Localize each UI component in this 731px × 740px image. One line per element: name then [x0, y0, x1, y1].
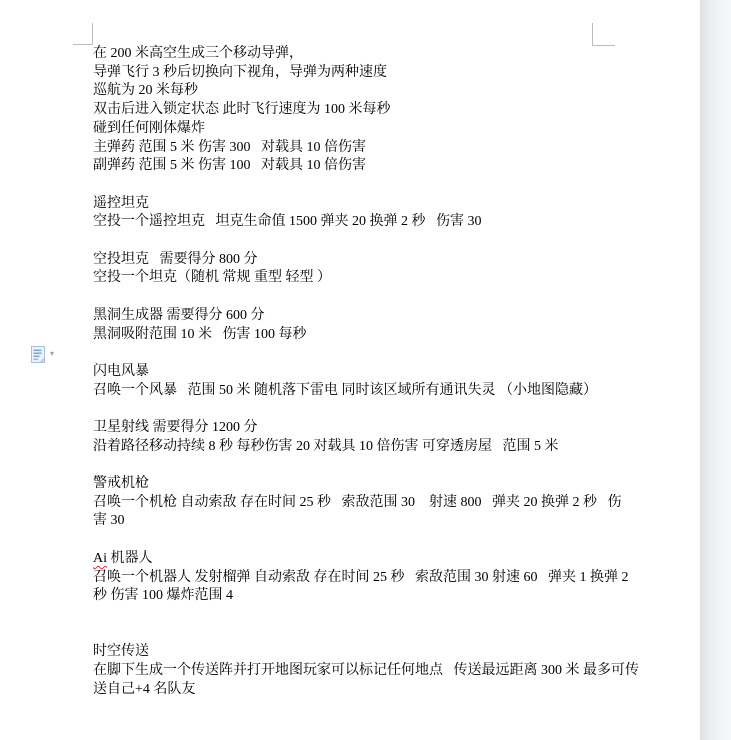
text-line: 召唤一个机枪 自动索敌 存在时间 25 秒 索敌范围 30 射速 800 弹夹 …	[93, 494, 623, 513]
paste-clipboard-icon	[30, 345, 47, 367]
paste-options-button[interactable]: ▾	[30, 344, 66, 368]
text-line	[93, 625, 623, 644]
text-line: 在 200 米高空生成三个移动导弹，	[93, 45, 623, 64]
text-line: 警戒机枪	[93, 475, 623, 494]
text-line: 副弹药 范围 5 米 伤害 100 对载具 10 倍伤害	[93, 157, 623, 176]
text-line: 在脚下生成一个传送阵并打开地图玩家可以标记任何地点 传送最远距离 300 米 最…	[93, 662, 623, 681]
text-line: 黑洞生成器 需要得分 600 分	[93, 307, 623, 326]
text-line: 空投一个坦克（随机 常规 重型 轻型 ）	[93, 269, 623, 288]
text-line: 闪电风暴	[93, 363, 623, 382]
text-line	[93, 531, 623, 550]
text-line: 秒 伤害 100 爆炸范围 4	[93, 587, 623, 606]
text-line: 黑洞吸附范围 10 米 伤害 100 每秒	[93, 326, 623, 345]
text-line	[93, 456, 623, 475]
text-line: 遥控坦克	[93, 195, 623, 214]
text-line: 空投坦克 需要得分 800 分	[93, 251, 623, 270]
text-line: 双击后进入锁定状态 此时飞行速度为 100 米每秒	[93, 101, 623, 120]
text-line: 召唤一个风暴 范围 50 米 随机落下雷电 同时该区域所有通讯失灵 （小地图隐藏…	[93, 382, 623, 401]
text-line: 巡航为 20 米每秒	[93, 82, 623, 101]
text-line: 主弹药 范围 5 米 伤害 300 对载具 10 倍伤害	[93, 139, 623, 158]
text-line: 碰到任何刚体爆炸	[93, 120, 623, 139]
text-line: 召唤一个机器人 发射榴弹 自动索敌 存在时间 25 秒 索敌范围 30 射速 6…	[93, 569, 623, 588]
text-line	[93, 176, 623, 195]
text-line: 时空传送	[93, 643, 623, 662]
text-line: 送自己+4 名队友	[93, 681, 623, 700]
text-line: Ai 机器人	[93, 550, 623, 569]
text-line: 沿着路径移动持续 8 秒 每秒伤害 20 对载具 10 倍伤害 可穿透房屋 范围…	[93, 438, 623, 457]
text-boundary-corner-top-right	[592, 23, 615, 46]
text-boundary-corner-top-left	[73, 23, 93, 45]
chevron-down-icon: ▾	[50, 350, 54, 358]
text-line	[93, 606, 623, 625]
text-line: 害 30	[93, 512, 623, 531]
text-line: 导弹飞行 3 秒后切换向下视角，导弹为两种速度	[93, 64, 623, 83]
text-line	[93, 400, 623, 419]
text-line: 卫星射线 需要得分 1200 分	[93, 419, 623, 438]
text-line	[93, 344, 623, 363]
text-line: 空投一个遥控坦克 坦克生命值 1500 弹夹 20 换弹 2 秒 伤害 30	[93, 213, 623, 232]
document-page: 在 200 米高空生成三个移动导弹，导弹飞行 3 秒后切换向下视角，导弹为两种速…	[0, 0, 731, 740]
app-background-gutter	[700, 0, 731, 740]
text-line	[93, 232, 623, 251]
document-text[interactable]: 在 200 米高空生成三个移动导弹，导弹飞行 3 秒后切换向下视角，导弹为两种速…	[93, 45, 623, 699]
text-line	[93, 288, 623, 307]
misspelled-word: Ai	[93, 551, 107, 566]
